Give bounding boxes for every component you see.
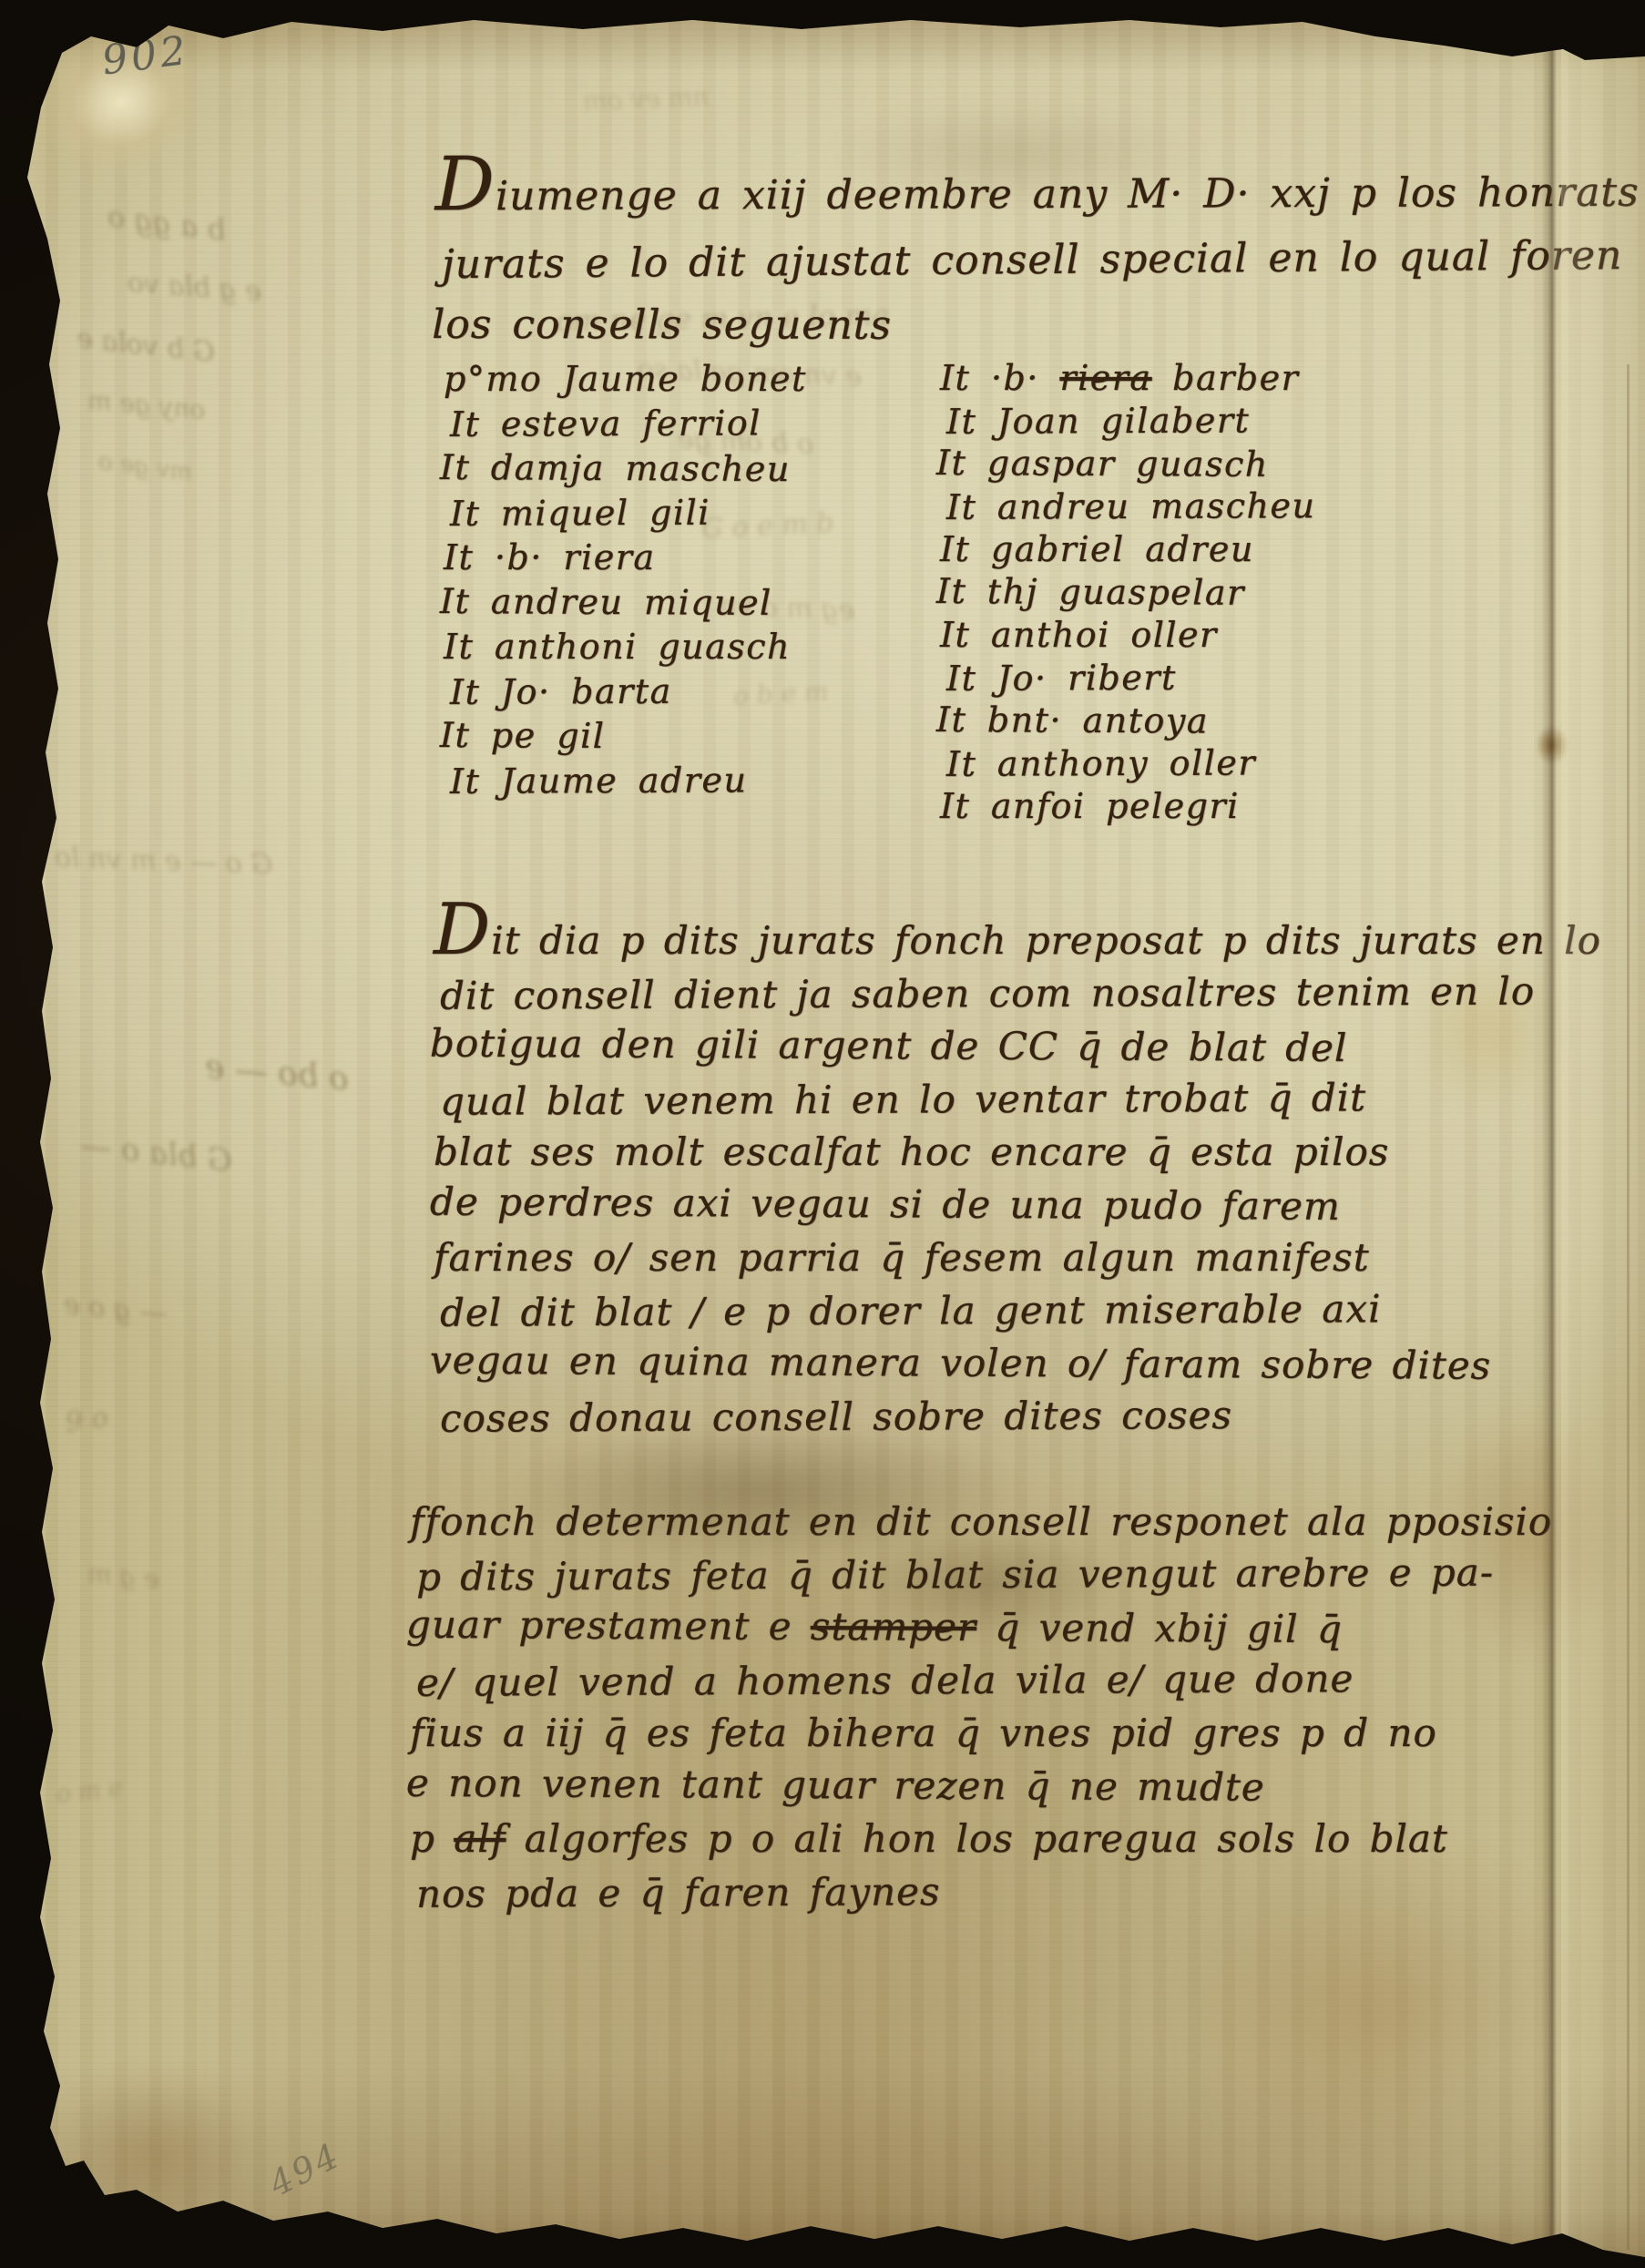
attendee-name: It andreu mascheu	[946, 485, 1316, 529]
struck-word: riera	[1059, 358, 1151, 398]
bleedthrough-mark: o m e	[56, 1774, 124, 1808]
text-line: ffonch determenat en dit consell respone…	[410, 1496, 1552, 1548]
text-line: Diumenge a xiij deembre any M· D· xxj p …	[435, 155, 1640, 230]
attendee-name: It anthoi oller	[940, 614, 1315, 657]
text-line: e non venen tant guar rezen q̄ ne mudte	[406, 1757, 1552, 1816]
bleedthrough-mark: ony ge m	[87, 384, 207, 424]
text-line: e/ quel vend a homens dela vila e/ que d…	[416, 1651, 1552, 1709]
manuscript-photo: nm ev om b a gg o e g bla vo G b vola e …	[0, 0, 1645, 2268]
text-line: blat ses molt escalfat hoc encare q̄ est…	[434, 1126, 1601, 1179]
bleedthrough-mark: b a gg o	[106, 199, 228, 248]
attendees-right-column: It ·b· riera barber It Joan gilabert It …	[940, 357, 1315, 828]
facing-page-edge	[1561, 47, 1645, 2259]
torn-corner	[22, 5, 260, 221]
text-line: de perdres axi vegau si de una pudo fare…	[430, 1176, 1601, 1235]
attendee-name: It gabriel adreu	[940, 528, 1315, 571]
record-heading: Diumenge a xiij deembre any M· D· xxj p …	[435, 155, 1640, 362]
attendee-name: It esteva ferriol	[450, 401, 807, 447]
struck-word: stamper	[811, 1604, 976, 1650]
attendee-name: It anthoni guasch	[444, 625, 807, 669]
text-part: guar prestament e	[406, 1602, 811, 1649]
text-line: guar prestament e stamper q̄ vend xbij g…	[406, 1599, 1552, 1658]
text-line: vegau en quina manera volen o/ faram sob…	[430, 1334, 1601, 1394]
bleedthrough-mark: G bla o —	[78, 1127, 233, 1179]
attendee-name: It bnt· antoya	[936, 699, 1316, 743]
text-part: q̄ vend xbij gil q̄	[976, 1605, 1343, 1651]
bleedthrough-mark: nm ev om	[582, 82, 709, 117]
attendee-name: It Jo· ribert	[946, 656, 1316, 700]
text-line: botigua den gili argent de CC q̄ de blat…	[430, 1017, 1601, 1077]
bleedthrough-mark: o bo — e	[204, 1048, 351, 1098]
bleedthrough-mark: G b vola e	[76, 322, 217, 369]
attendee-name: It ·b· riera barber	[940, 357, 1315, 400]
text-part: p	[410, 1816, 454, 1861]
text-line: p dits jurats feta q̄ dit blat sia vengu…	[416, 1546, 1552, 1603]
attendee-name: It miquel gili	[450, 490, 807, 536]
attendee-name: It anthony oller	[946, 741, 1316, 786]
text-line: jurats e lo dit ajustat consell special …	[442, 223, 1640, 298]
attendee-name: It gaspar guasch	[936, 442, 1316, 486]
stain	[50, 2068, 260, 2241]
text-line: fius a iij q̄ es feta bihera q̄ vnes pid…	[410, 1707, 1552, 1760]
bleedthrough-mark: — g o e	[63, 1289, 169, 1330]
name-part: It ·b·	[940, 358, 1059, 398]
text-part: algorfes p o ali hon los paregua sols lo…	[506, 1816, 1448, 1861]
text-line: Dit dia p dits jurats fonch preposat p d…	[434, 905, 1601, 967]
text-line: los consells seguents	[432, 292, 1640, 360]
text-line: dit consell dient ja saben com nosaltres…	[440, 965, 1601, 1023]
text-line: nos pda e q̄ faren faynes	[416, 1863, 1552, 1920]
bleedthrough-mark: G o — e m vn lo	[54, 842, 272, 881]
attendee-name: It Jaume adreu	[450, 758, 807, 804]
attendees-left-column: p°mo Jaume bonet It esteva ferriol It da…	[444, 357, 807, 803]
attendee-name: It Jo· barta	[450, 669, 807, 715]
resolution-paragraph: ffonch determenat en dit consell respone…	[410, 1496, 1552, 1918]
text-line: p alf algorfes p o ali hon los paregua s…	[410, 1813, 1552, 1865]
attendee-name: p°mo Jaume bonet	[444, 357, 807, 402]
attendee-name: It pe gil	[440, 713, 807, 760]
attendee-name: It ·b· riera	[444, 536, 807, 580]
text-line: farines o/ sen parria q̄ fesem algun man…	[434, 1231, 1601, 1284]
folio-number-bottom: 494	[262, 2135, 347, 2204]
attendee-name: It andreu miquel	[440, 579, 807, 626]
attendee-name: It Joan gilabert	[946, 399, 1316, 444]
text-line: qual blat venem hi en lo ventar trobat q…	[440, 1070, 1601, 1129]
bleedthrough-mark: e g m	[87, 1558, 160, 1595]
attendee-name: It anfoi pelegri	[940, 785, 1315, 828]
struck-word: alf	[454, 1816, 506, 1861]
bleedthrough-mark: e g bla vo	[127, 267, 262, 308]
facing-page-edge-line	[1627, 364, 1630, 2250]
text-line: del dit blat / e p dorer la gent miserab…	[440, 1282, 1601, 1340]
text-line: coses donau consell sobre dites coses	[440, 1387, 1601, 1446]
attendee-name: It thj guaspelar	[936, 570, 1316, 615]
bleedthrough-mark: mv ge o	[97, 448, 194, 486]
proposal-paragraph: Dit dia p dits jurats fonch preposat p d…	[434, 905, 1601, 1443]
manuscript-page: nm ev om b a gg o e g bla vo G b vola e …	[0, 0, 1645, 2268]
name-part: barber	[1152, 358, 1300, 398]
attendee-name: It damja mascheu	[440, 445, 807, 492]
bleedthrough-mark: 9 o	[64, 1402, 111, 1440]
